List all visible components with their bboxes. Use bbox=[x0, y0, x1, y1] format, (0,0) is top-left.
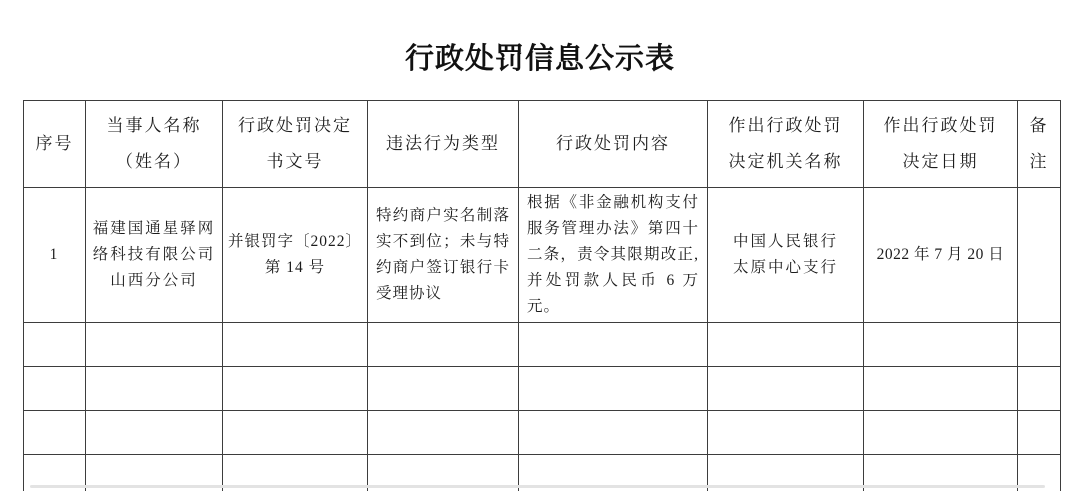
table-row bbox=[24, 323, 1061, 367]
table-bottom-shadow bbox=[30, 485, 1045, 488]
table-cell bbox=[368, 411, 519, 455]
table-cell bbox=[223, 323, 368, 367]
table-cell bbox=[223, 367, 368, 411]
table-cell bbox=[519, 323, 708, 367]
table-row: 1 福建国通星驿网络科技有限公司山西分公司 并银罚字〔2022〕第 14 号 特… bbox=[24, 188, 1061, 323]
table-row bbox=[24, 411, 1061, 455]
table-cell bbox=[1018, 411, 1061, 455]
table-cell bbox=[864, 367, 1018, 411]
cell-document-number: 并银罚字〔2022〕第 14 号 bbox=[223, 188, 368, 323]
table-cell bbox=[708, 323, 864, 367]
column-header-violation-type: 违法行为类型 bbox=[368, 101, 519, 188]
penalty-table: 序号 当事人名称 （姓名） 行政处罚决定 书文号 违法行为类型 行政处罚内容 作… bbox=[23, 100, 1061, 491]
column-header-authority-name: 作出行政处罚 决定机关名称 bbox=[708, 101, 864, 188]
table-cell bbox=[1018, 367, 1061, 411]
table-cell bbox=[24, 411, 86, 455]
cell-party-name: 福建国通星驿网络科技有限公司山西分公司 bbox=[86, 188, 223, 323]
table-cell bbox=[1018, 323, 1061, 367]
cell-serial: 1 bbox=[24, 188, 86, 323]
cell-authority-name: 中国人民银行太原中心支行 bbox=[708, 188, 864, 323]
column-header-decision-date: 作出行政处罚 决定日期 bbox=[864, 101, 1018, 188]
page-title: 行政处罚信息公示表 bbox=[0, 36, 1080, 77]
table-cell bbox=[368, 367, 519, 411]
table-cell bbox=[86, 411, 223, 455]
column-header-document-number: 行政处罚决定 书文号 bbox=[223, 101, 368, 188]
column-header-penalty-content: 行政处罚内容 bbox=[519, 101, 708, 188]
cell-decision-date: 2022 年 7 月 20 日 bbox=[864, 188, 1018, 323]
column-header-party-name: 当事人名称 （姓名） bbox=[86, 101, 223, 188]
cell-penalty-content: 根据《非金融机构支付服务管理办法》第四十二条，责令其限期改正,并处罚款人民币 6… bbox=[519, 188, 708, 323]
table-cell bbox=[86, 367, 223, 411]
table-cell bbox=[24, 367, 86, 411]
table-cell bbox=[519, 367, 708, 411]
table-cell bbox=[864, 411, 1018, 455]
table-cell bbox=[519, 411, 708, 455]
table-cell bbox=[86, 323, 223, 367]
cell-violation-type: 特约商户实名制落实不到位；未与特约商户签订银行卡受理协议 bbox=[368, 188, 519, 323]
table-cell bbox=[24, 323, 86, 367]
column-header-serial: 序号 bbox=[24, 101, 86, 188]
table-cell bbox=[223, 411, 368, 455]
table-cell bbox=[708, 367, 864, 411]
table-cell bbox=[708, 411, 864, 455]
column-header-remarks: 备 注 bbox=[1018, 101, 1061, 188]
table-row bbox=[24, 367, 1061, 411]
header-row: 序号 当事人名称 （姓名） 行政处罚决定 书文号 违法行为类型 行政处罚内容 作… bbox=[24, 101, 1061, 188]
cell-remarks bbox=[1018, 188, 1061, 323]
table-cell bbox=[864, 323, 1018, 367]
table-cell bbox=[368, 323, 519, 367]
